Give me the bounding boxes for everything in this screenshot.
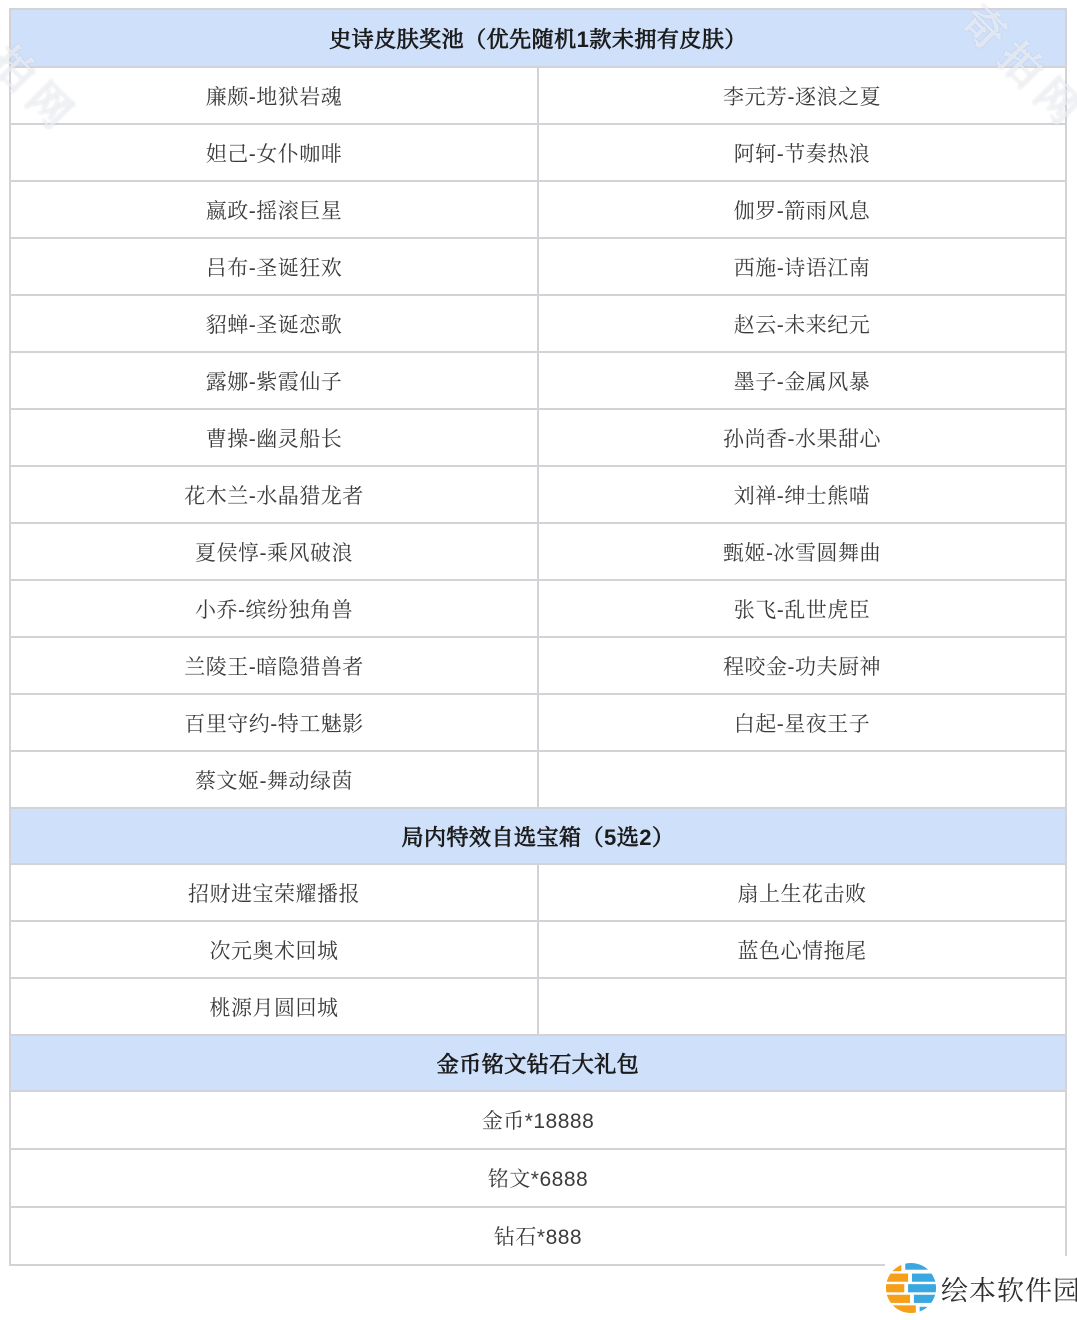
table-row: 金币*18888 — [11, 1090, 1065, 1148]
table-cell: 伽罗-箭雨风息 — [539, 182, 1065, 237]
table-row: 嬴政-摇滚巨星伽罗-箭雨风息 — [11, 180, 1065, 237]
table-cell: 曹操-幽灵船长 — [11, 410, 539, 465]
table-cell: 次元奥术回城 — [11, 922, 539, 977]
table-row: 蔡文姬-舞动绿茵 — [11, 750, 1065, 807]
table-cell: 蓝色心情拖尾 — [539, 922, 1065, 977]
table-cell: 李元芳-逐浪之夏 — [539, 68, 1065, 123]
table-cell: 程咬金-功夫厨神 — [539, 638, 1065, 693]
table-cell: 吕布-圣诞狂欢 — [11, 239, 539, 294]
table-cell: 甄姬-冰雪圆舞曲 — [539, 524, 1065, 579]
striped-globe-icon — [885, 1260, 937, 1316]
table-row: 兰陵王-暗隐猎兽者程咬金-功夫厨神 — [11, 636, 1065, 693]
table-cell: 露娜-紫霞仙子 — [11, 353, 539, 408]
table-cell: 桃源月圆回城 — [11, 979, 539, 1034]
table-row: 廉颇-地狱岩魂李元芳-逐浪之夏 — [11, 66, 1065, 123]
table-cell: 金币*18888 — [11, 1092, 1065, 1148]
table-cell: 阿轲-节奏热浪 — [539, 125, 1065, 180]
table-cell — [539, 979, 1065, 1034]
table-cell: 廉颇-地狱岩魂 — [11, 68, 539, 123]
table-cell: 西施-诗语江南 — [539, 239, 1065, 294]
table-cell: 貂蝉-圣诞恋歌 — [11, 296, 539, 351]
table-row: 花木兰-水晶猎龙者刘禅-绅士熊喵 — [11, 465, 1065, 522]
table-row: 百里守约-特工魅影白起-星夜王子 — [11, 693, 1065, 750]
table-cell: 墨子-金属风暴 — [539, 353, 1065, 408]
table-cell: 孙尚香-水果甜心 — [539, 410, 1065, 465]
table-cell: 白起-星夜王子 — [539, 695, 1065, 750]
table-row: 桃源月圆回城 — [11, 977, 1065, 1034]
table-row: 露娜-紫霞仙子墨子-金属风暴 — [11, 351, 1065, 408]
table-row: 曹操-幽灵船长孙尚香-水果甜心 — [11, 408, 1065, 465]
table-cell: 赵云-未来纪元 — [539, 296, 1065, 351]
section-header: 金币铭文钻石大礼包 — [11, 1034, 1065, 1090]
table-cell: 蔡文姬-舞动绿茵 — [11, 752, 539, 807]
table-cell: 小乔-缤纷独角兽 — [11, 581, 539, 636]
table-row: 妲己-女仆咖啡阿轲-节奏热浪 — [11, 123, 1065, 180]
table-cell: 铭文*6888 — [11, 1150, 1065, 1206]
table-cell: 扇上生花击败 — [539, 865, 1065, 920]
prize-table: 史诗皮肤奖池（优先随机1款未拥有皮肤）廉颇-地狱岩魂李元芳-逐浪之夏妲己-女仆咖… — [9, 8, 1067, 1266]
site-logo: 绘本软件园 — [885, 1256, 1077, 1320]
table-row: 次元奥术回城蓝色心情拖尾 — [11, 920, 1065, 977]
table-row: 吕布-圣诞狂欢西施-诗语江南 — [11, 237, 1065, 294]
table-row: 铭文*6888 — [11, 1148, 1065, 1206]
table-cell: 张飞-乱世虎臣 — [539, 581, 1065, 636]
table-row: 招财进宝荣耀播报扇上生花击败 — [11, 863, 1065, 920]
table-cell: 夏侯惇-乘风破浪 — [11, 524, 539, 579]
table-cell: 刘禅-绅士熊喵 — [539, 467, 1065, 522]
table-row: 夏侯惇-乘风破浪甄姬-冰雪圆舞曲 — [11, 522, 1065, 579]
table-cell: 花木兰-水晶猎龙者 — [11, 467, 539, 522]
table-cell: 兰陵王-暗隐猎兽者 — [11, 638, 539, 693]
section-header: 局内特效自选宝箱（5选2） — [11, 807, 1065, 863]
section-header: 史诗皮肤奖池（优先随机1款未拥有皮肤） — [11, 10, 1065, 66]
table-cell: 招财进宝荣耀播报 — [11, 865, 539, 920]
table-row: 小乔-缤纷独角兽张飞-乱世虎臣 — [11, 579, 1065, 636]
table-cell: 百里守约-特工魅影 — [11, 695, 539, 750]
table-cell — [539, 752, 1065, 807]
table-row: 貂蝉-圣诞恋歌赵云-未来纪元 — [11, 294, 1065, 351]
site-logo-label: 绘本软件园 — [941, 1269, 1077, 1308]
table-cell: 嬴政-摇滚巨星 — [11, 182, 539, 237]
table-cell: 妲己-女仆咖啡 — [11, 125, 539, 180]
